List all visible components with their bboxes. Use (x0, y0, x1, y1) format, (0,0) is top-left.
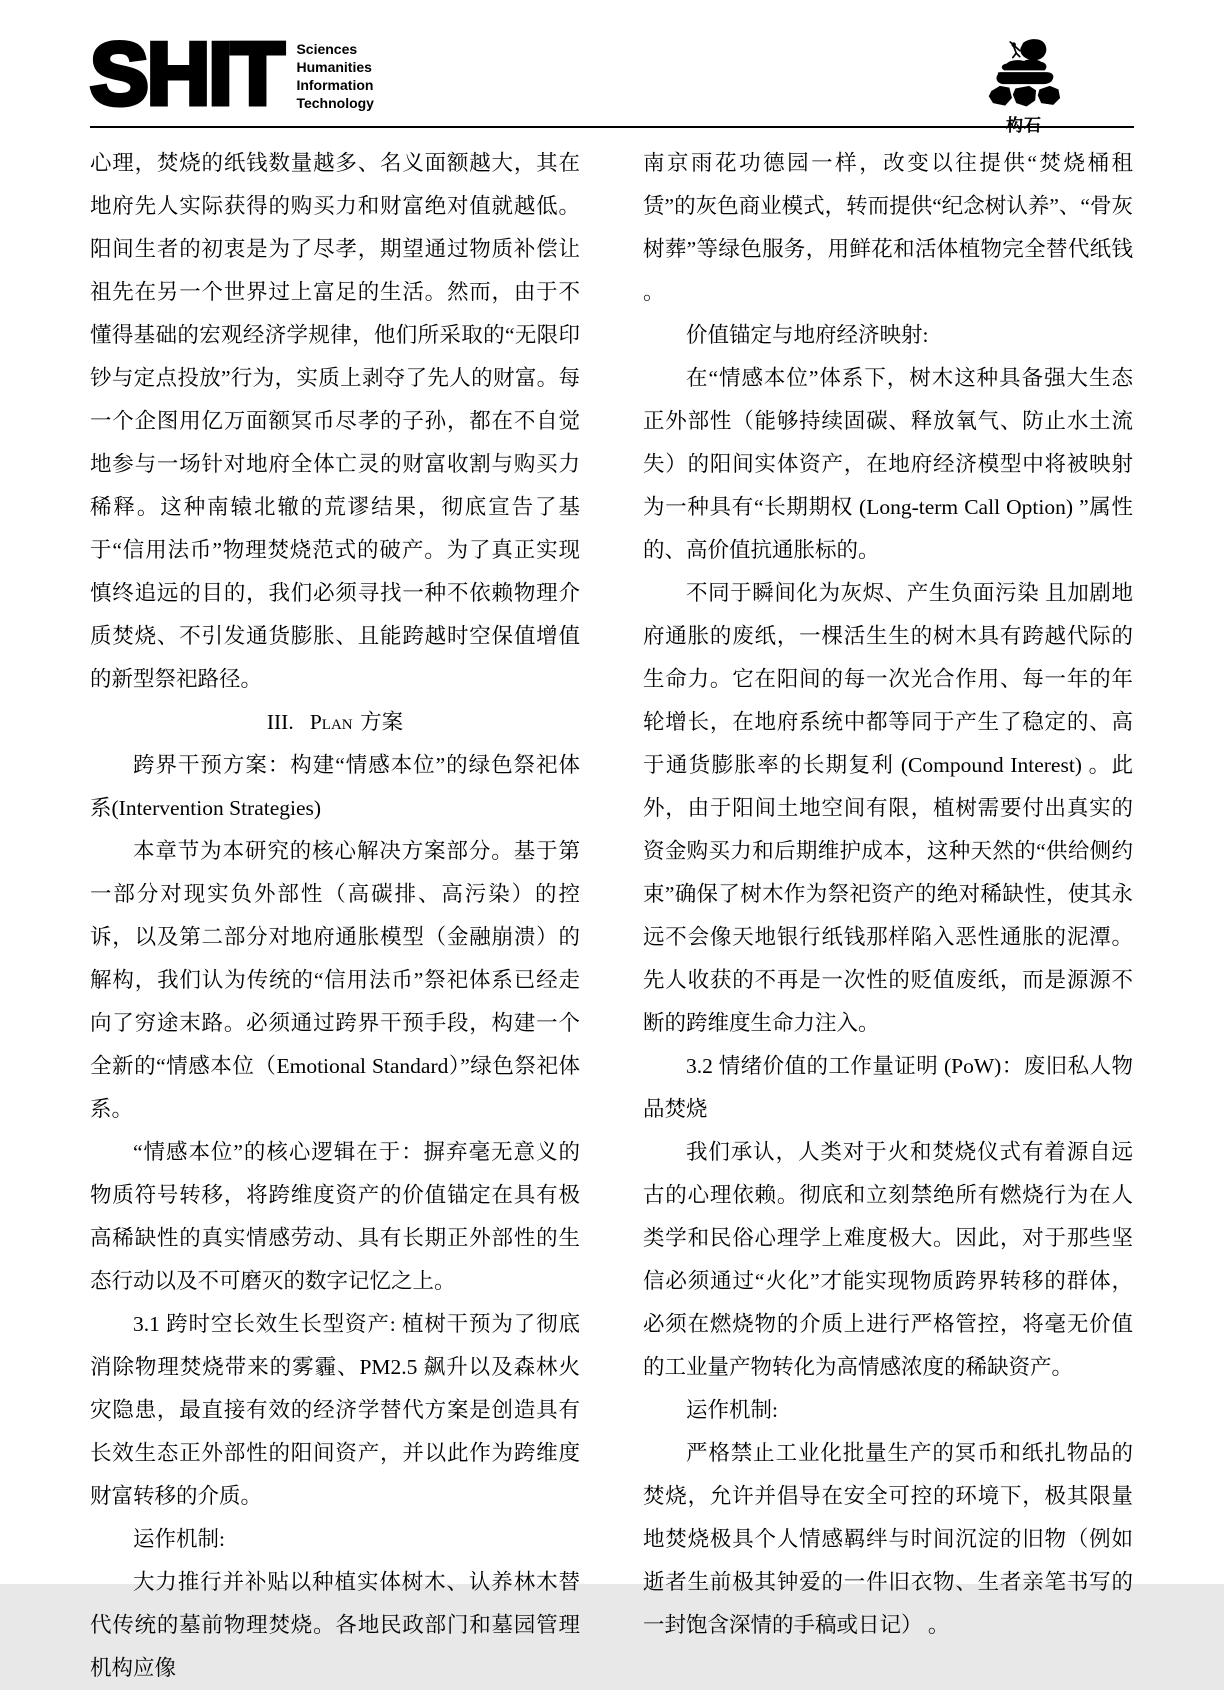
right-column: 南京雨花功德园一样，改变以往提供“焚烧桶租赁”的灰色商业模式，转而提供“纪念树认… (643, 142, 1133, 1690)
paragraph: 大力推行并补贴以种植实体树木、认养林木替代传统的墓前物理焚烧。各地民政部门和墓园… (90, 1561, 580, 1690)
journal-name-line: Sciences (296, 40, 374, 58)
paragraph: 本章节为本研究的核心解决方案部分。基于第一部分对现实负外部性（高碳排、高污染）的… (90, 830, 580, 1131)
section-heading-cn: 方案 (360, 710, 403, 734)
paragraph: 运作机制: (90, 1518, 580, 1561)
article-body: 心理，焚烧的纸钱数量越多、名义面额越大，其在地府先人实际获得的购买力和财富绝对值… (90, 142, 1134, 1690)
document-page: SHIT Sciences Humanities Information Tec… (0, 0, 1224, 1584)
paragraph: 3.1 跨时空长效生长型资产: 植树干预为了彻底消除物理焚烧带来的雾霾、PM2.… (90, 1303, 580, 1518)
journal-full-name: Sciences Humanities Information Technolo… (296, 36, 374, 112)
paragraph: 我们承认，人类对于火和焚烧仪式有着源自远古的心理依赖。彻底和立刻禁绝所有燃烧行为… (643, 1131, 1133, 1389)
section-heading-num: III. (267, 710, 294, 734)
paragraph: 跨界干预方案：构建“情感本位”的绿色祭祀体系(Intervention Stra… (90, 744, 580, 830)
section-heading: III.Plan方案 (90, 701, 580, 744)
journal-acronym: SHIT (90, 34, 282, 114)
paragraph: 3.2 情绪价值的工作量证明 (PoW)：废旧私人物品焚烧 (643, 1045, 1133, 1131)
page-header: SHIT Sciences Humanities Information Tec… (90, 34, 1134, 122)
paragraph: “情感本位”的核心逻辑在于：摒弃毫无意义的物质符号转移，将跨维度资产的价值锚定在… (90, 1131, 580, 1303)
journal-name-line: Humanities (296, 58, 374, 76)
paragraph: 不同于瞬间化为灰烬、产生负面污染 且加剧地府通胀的废纸，一棵活生生的树木具有跨越… (643, 572, 1133, 1045)
paragraph: 价值锚定与地府经济映射: (643, 314, 1133, 357)
section-heading-latin: Plan (310, 710, 353, 734)
paragraph: 在“情感本位”体系下，树木这种具备强大生态正外部性（能够持续固碳、释放氧气、防止… (643, 357, 1133, 572)
left-column: 心理，焚烧的纸钱数量越多、名义面额越大，其在地府先人实际获得的购买力和财富绝对值… (90, 142, 580, 1690)
paragraph: 严格禁止工业化批量生产的冥币和纸扎物品的焚烧，允许并倡导在安全可控的环境下，极其… (643, 1432, 1133, 1647)
paragraph: 心理，焚烧的纸钱数量越多、名义面额越大，其在地府先人实际获得的购买力和财富绝对值… (90, 142, 580, 701)
paragraph: 运作机制: (643, 1389, 1133, 1432)
journal-name-line: Information (296, 76, 374, 94)
paragraph: 南京雨花功德园一样，改变以往提供“焚烧桶租赁”的灰色商业模式，转而提供“纪念树认… (643, 142, 1133, 314)
rock-pile-icon (981, 36, 1067, 110)
publisher-logo: 构石 (969, 36, 1079, 136)
journal-name-line: Technology (296, 94, 374, 112)
publisher-name: 构石 (969, 111, 1079, 136)
